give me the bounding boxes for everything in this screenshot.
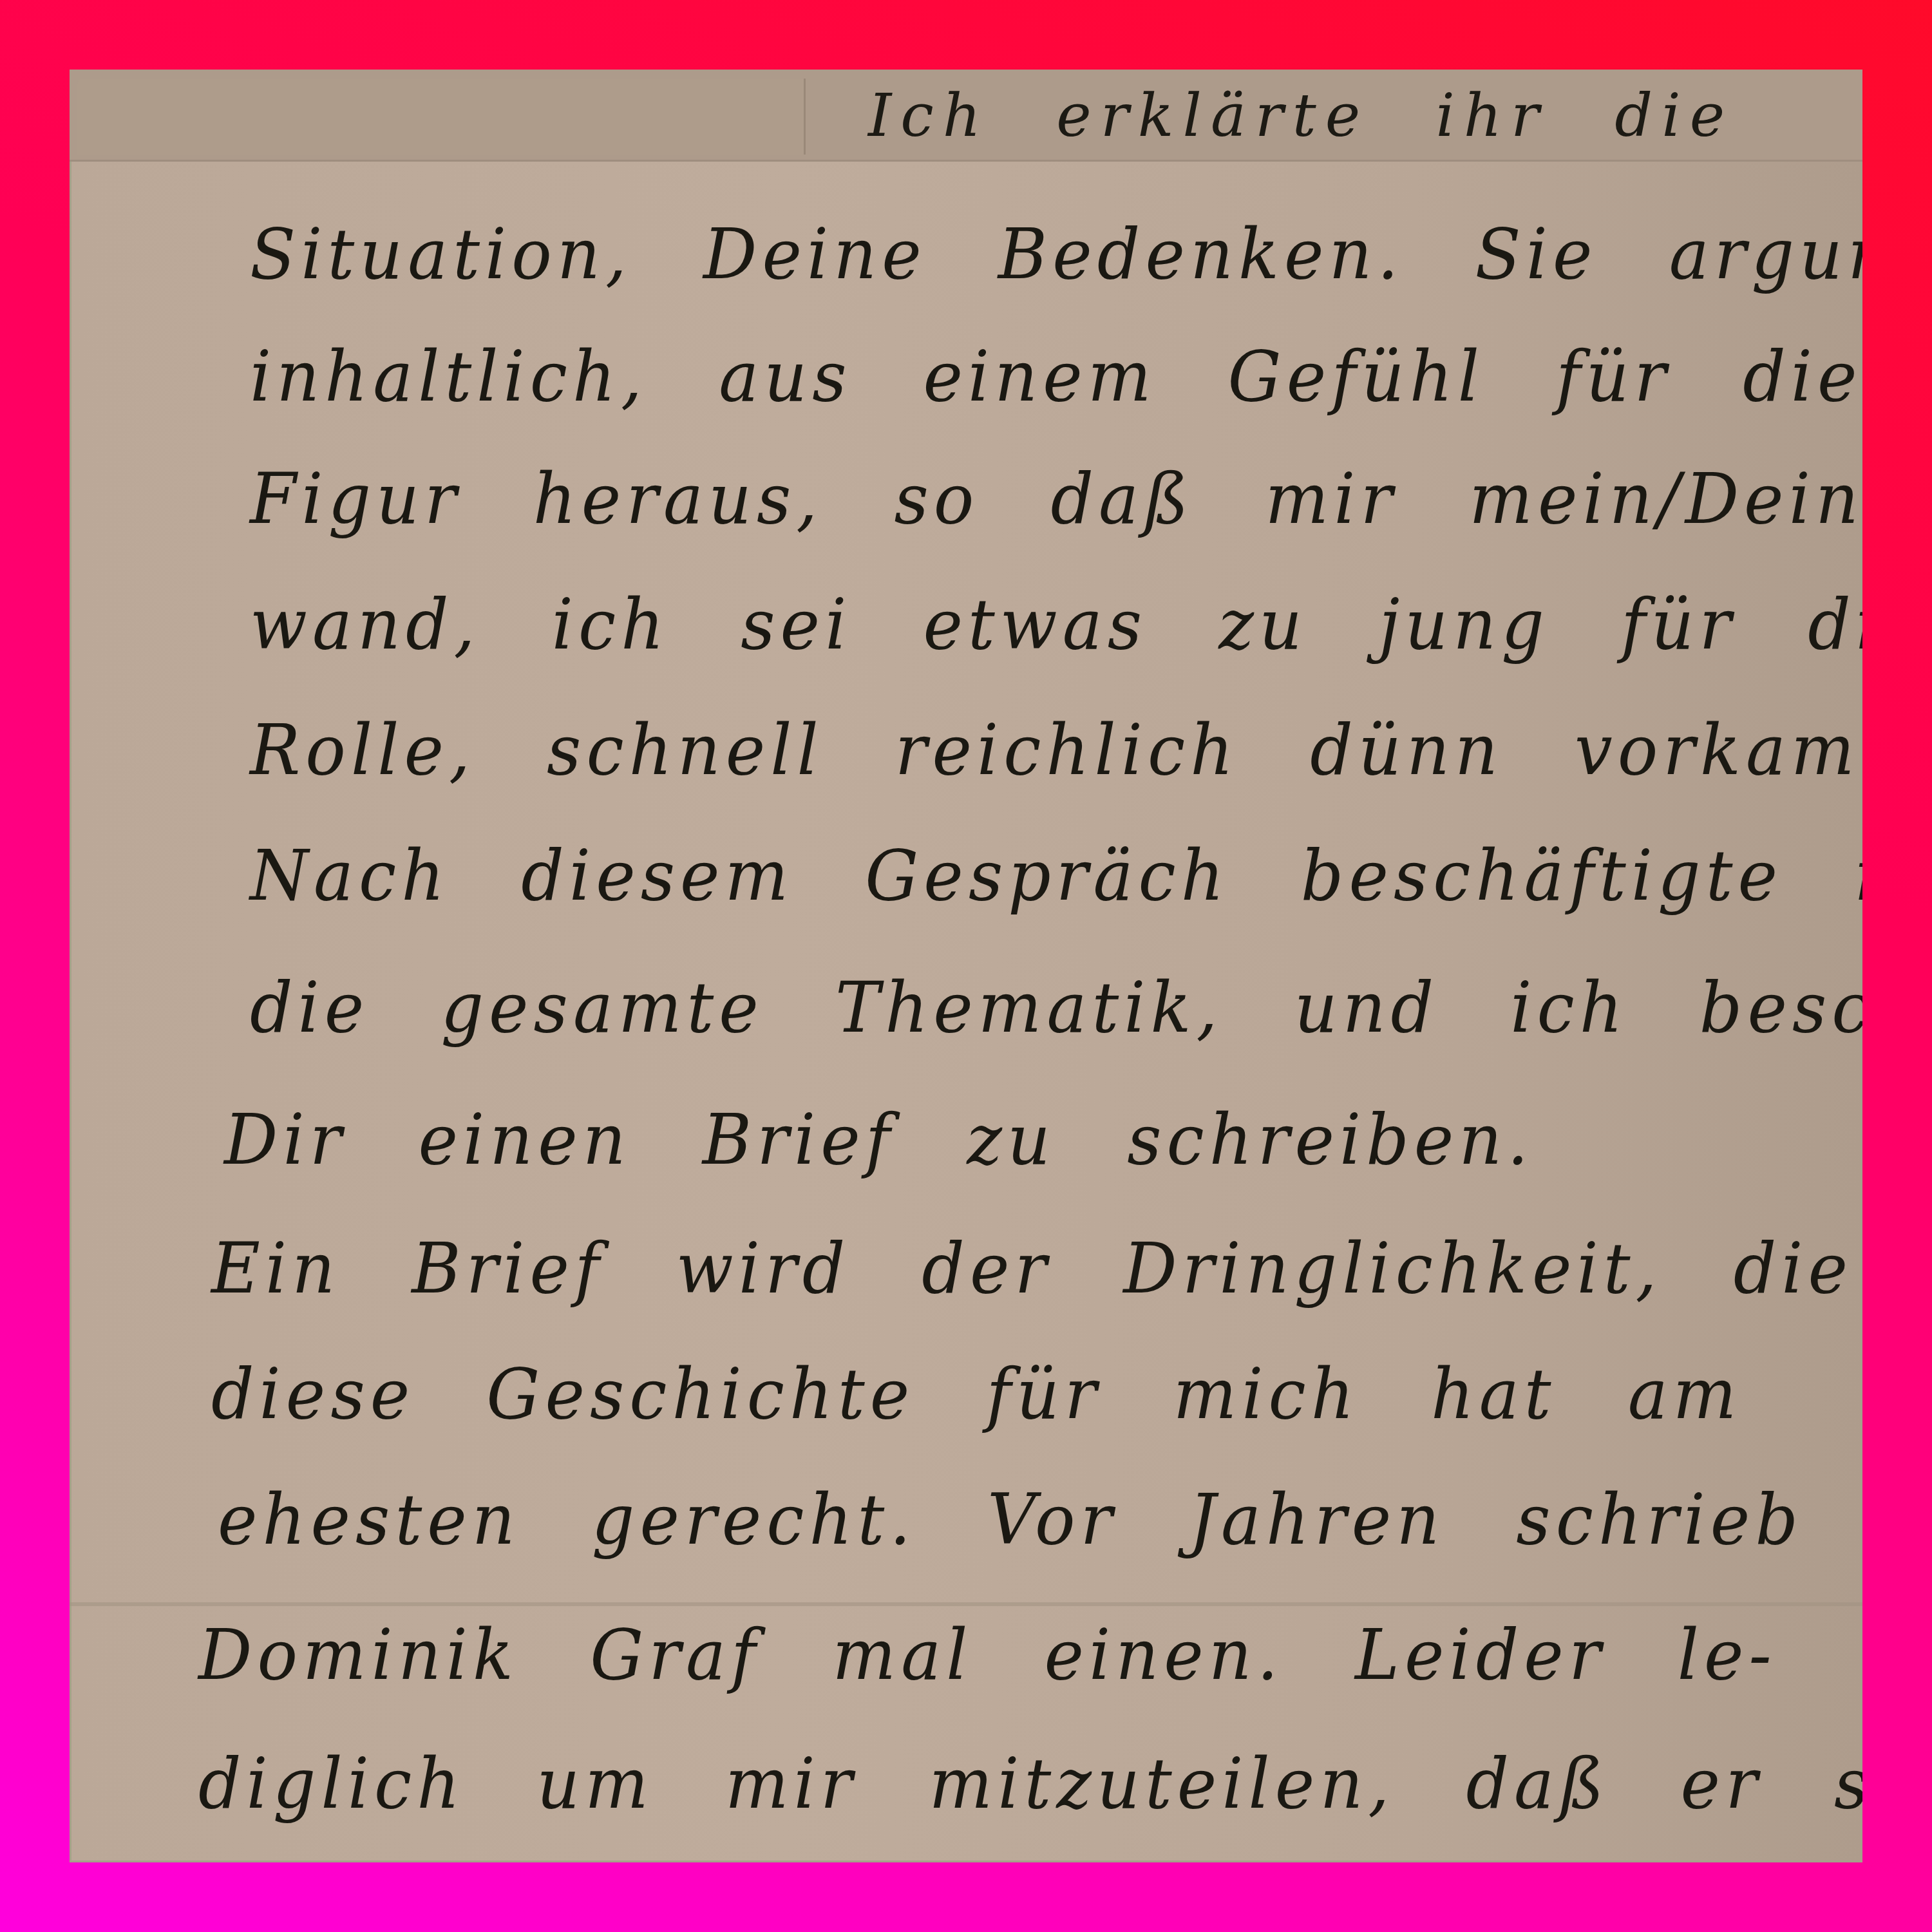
letter-line: inhaltlich, aus einem Gefühl für die [250, 335, 1862, 417]
letter-line: Ein Brief wird der Dringlichkeit, die [211, 1227, 1853, 1309]
letter-line: Dir einen Brief zu schreiben. [224, 1098, 1533, 1180]
letter-line: Rolle, schnell reichlich dünn vorkam. [250, 708, 1862, 791]
letter-paper: Ich erklärte ihr die Situation, Deine Be… [70, 70, 1862, 1862]
letter-line: wand, ich sei etwas zu jung für die [250, 583, 1862, 665]
letter-line: diese Geschichte für mich hat am [211, 1352, 1741, 1435]
letter-line: Figur heraus, so daß mir mein/Dein Ein- [250, 457, 1862, 540]
letter-line: diglich um mir mitzuteilen, daß er sich [198, 1742, 1862, 1824]
letter-line: Dominik Graf mal einen. Leider le- [198, 1613, 1777, 1696]
letter-line: die gesamte Thematik, und ich beschloß [250, 966, 1862, 1048]
letter-line: Nach diesem Gespräch beschäftigte mich [250, 834, 1862, 916]
letter-body: Situation, Deine Bedenken. Sie argumenti… [70, 70, 1862, 1862]
letter-line: Situation, Deine Bedenken. Sie argumenti… [250, 213, 1862, 295]
letter-line: ehesten gerecht. Vor Jahren schrieb mir [218, 1478, 1862, 1560]
